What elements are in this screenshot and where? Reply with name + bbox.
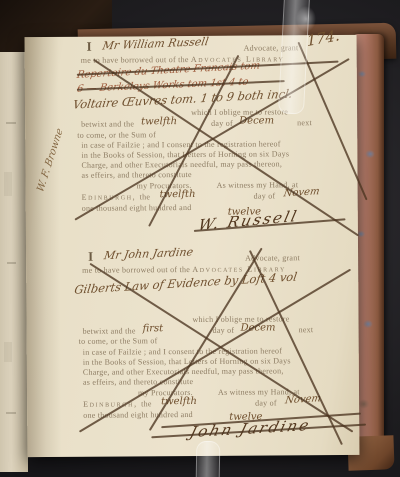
register-entry-1: I Mr William Russell Advocate, grant me …: [25, 35, 358, 247]
printed-next: next: [299, 325, 314, 334]
borrower-name: Mr John Jardine: [103, 245, 194, 262]
printed-failzie-line: in case of Failzie ; and I consent to th…: [81, 139, 280, 149]
strap-reflection: [296, 6, 316, 32]
return-day-handwritten: twelfth: [141, 116, 177, 127]
printed-day-of: day of: [213, 326, 235, 335]
printed-sum-line: to come, or the Sum of: [79, 336, 158, 346]
return-month-handwritten: Decem: [239, 115, 274, 126]
restraint-strap-bottom: [196, 441, 221, 477]
printed-sum-line: to come, or the Sum of: [77, 130, 156, 140]
printed-failzie-line: in case of Failzie ; and I consent to th…: [83, 346, 282, 356]
photograph-background: 174. W. F. Browne I Mr William Russell A…: [0, 0, 400, 477]
show-through-mark: [6, 122, 16, 124]
register-entry-2: I Mr John Jardine Advocate, grant me to …: [26, 245, 359, 457]
show-through-mark: [7, 262, 16, 264]
printed-the: the: [140, 192, 151, 201]
show-through-mark: [4, 342, 12, 362]
show-through-mark: [6, 412, 16, 414]
printed-day-of: day of: [254, 191, 276, 200]
printed-next: next: [297, 118, 312, 127]
betwixt-prefix: betwixt and the: [83, 326, 136, 335]
printed-initial: I: [87, 39, 92, 55]
printed-day-of: day of: [255, 398, 277, 407]
printed-the: the: [141, 399, 152, 408]
show-through-mark: [4, 172, 12, 196]
return-day-handwritten: first: [143, 323, 164, 334]
facing-page-edge: [0, 52, 28, 472]
betwixt-prefix: betwixt and the: [81, 119, 134, 128]
register-page: 174. W. F. Browne I Mr William Russell A…: [25, 35, 360, 457]
borrower-name: Mr William Russell: [102, 35, 210, 53]
